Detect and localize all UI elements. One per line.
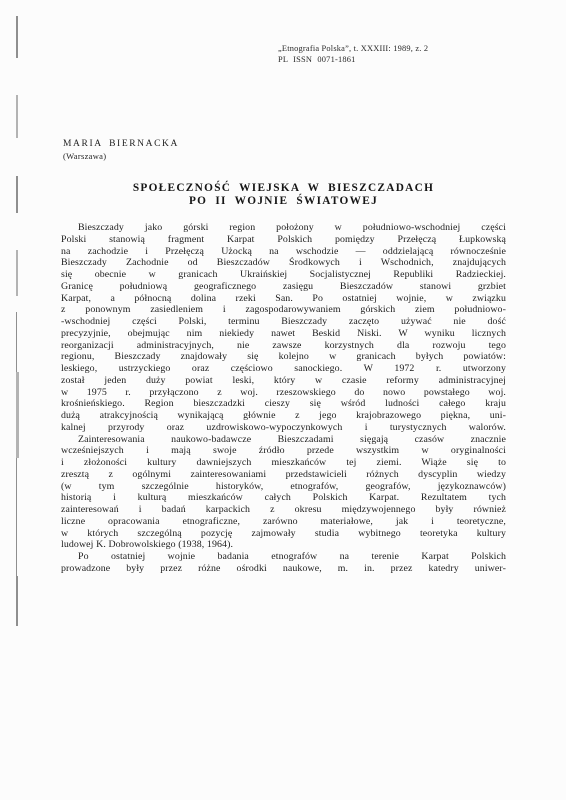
text-line: liczne opracowania etnograficzne, zarówn…: [61, 516, 506, 528]
text-line: prowadzone były przez różne ośrodki nauk…: [61, 563, 506, 575]
text-line: leskiego, ustrzyckiego oraz częściowo sa…: [61, 363, 506, 375]
text-line: precyzyjnie, obejmując nim niekiedy nawe…: [61, 328, 506, 340]
page-edge-artifact: [16, 312, 17, 372]
article-title-line-1: SPOŁECZNOŚĆ WIEJSKA W BIESZCZADACH: [61, 182, 506, 195]
text-line: Bieszczady Zachodnie od Bieszczadów Środ…: [61, 257, 506, 269]
article-body: Bieszczady jako górski region położony w…: [61, 222, 506, 575]
text-line: Polski stanowią fragment Karpat Polskich…: [61, 234, 506, 246]
text-line: krośnieńskiego. Region bieszczadzki cies…: [61, 398, 506, 410]
page-edge-artifact: [16, 16, 18, 58]
text-line: Zainteresowania naukowo-badawcze Bieszcz…: [61, 434, 506, 446]
text-line: historią i kulturą mieszkańców całych Po…: [61, 492, 506, 504]
text-line: Granicę południową geograficznego zasięg…: [61, 281, 506, 293]
text-line: zresztą z ogólnymi zainteresowaniami prz…: [61, 469, 506, 481]
text-line: -wschodniej części Polski, terminu Biesz…: [61, 316, 506, 328]
page-edge-artifact: [16, 458, 17, 576]
text-line: i złożoności kultury dawniejszych mieszk…: [61, 457, 506, 469]
text-line: wcześniejszych i mają swoje źródło przed…: [61, 445, 506, 457]
paragraph: Bieszczady jako górski region położony w…: [61, 222, 506, 434]
text-line: dużą atrakcyjnością wynikającą głównie z…: [61, 410, 506, 422]
article-title-line-2: PO II WOJNIE ŚWIATOWEJ: [61, 195, 506, 208]
text-line: w których szczególną pozycję zajmowały s…: [61, 528, 506, 540]
author-name: MARIA BIERNACKA: [63, 139, 179, 149]
text-line: kalnej przyrody oraz uzdrowiskowo-wypocz…: [61, 422, 506, 434]
text-line: się obecnie w granicach Ukraińskiej Socj…: [61, 269, 506, 281]
journal-citation-line: „Etnografia Polska”, t. XXXIII: 1989, z.…: [278, 44, 428, 55]
text-line: Po ostatniej wojnie badania etnografów n…: [61, 551, 506, 563]
article-title: SPOŁECZNOŚĆ WIEJSKA W BIESZCZADACH PO II…: [61, 182, 506, 207]
page-edge-artifact: [16, 372, 19, 458]
text-line: został jeden duży powiat leski, który w …: [61, 375, 506, 387]
text-line: Karpat, a północną dolina rzeki San. Po …: [61, 293, 506, 305]
paragraph: Zainteresowania naukowo-badawcze Bieszcz…: [61, 434, 506, 552]
text-line: (w tym szczególnie historyków, etnografó…: [61, 481, 506, 493]
page-edge-artifact: [16, 576, 18, 626]
text-line: zainteresowań i badań karpackich z okres…: [61, 504, 506, 516]
text-line: na zachodzie i Przełęczą Użocką na wscho…: [61, 246, 506, 258]
text-line: reorganizacji administracyjnych, nie zaw…: [61, 340, 506, 352]
page-edge-artifact: [16, 95, 18, 138]
text-line: z ponownym zasiedleniem i zagospodarowyw…: [61, 304, 506, 316]
text-line: w 1975 r. przyłączono z woj. rzeszowskie…: [61, 387, 506, 399]
page-edge-artifact: [16, 176, 18, 213]
issn-line: PL ISSN 0071-1861: [278, 55, 428, 66]
text-line: Bieszczady jako górski region położony w…: [61, 222, 506, 234]
author-affiliation: (Warszawa): [63, 151, 179, 161]
text-line: regionu, Bieszczady znajdowały się kolej…: [61, 351, 506, 363]
text-line: ludowej K. Dobrowolskiego (1938, 1964).: [61, 539, 506, 551]
journal-header: „Etnografia Polska”, t. XXXIII: 1989, z.…: [278, 44, 428, 65]
author-block: MARIA BIERNACKA (Warszawa): [63, 139, 179, 161]
scanned-journal-page: „Etnografia Polska”, t. XXXIII: 1989, z.…: [0, 0, 566, 800]
page-edge-artifact: [16, 250, 18, 296]
paragraph: Po ostatniej wojnie badania etnografów n…: [61, 551, 506, 575]
